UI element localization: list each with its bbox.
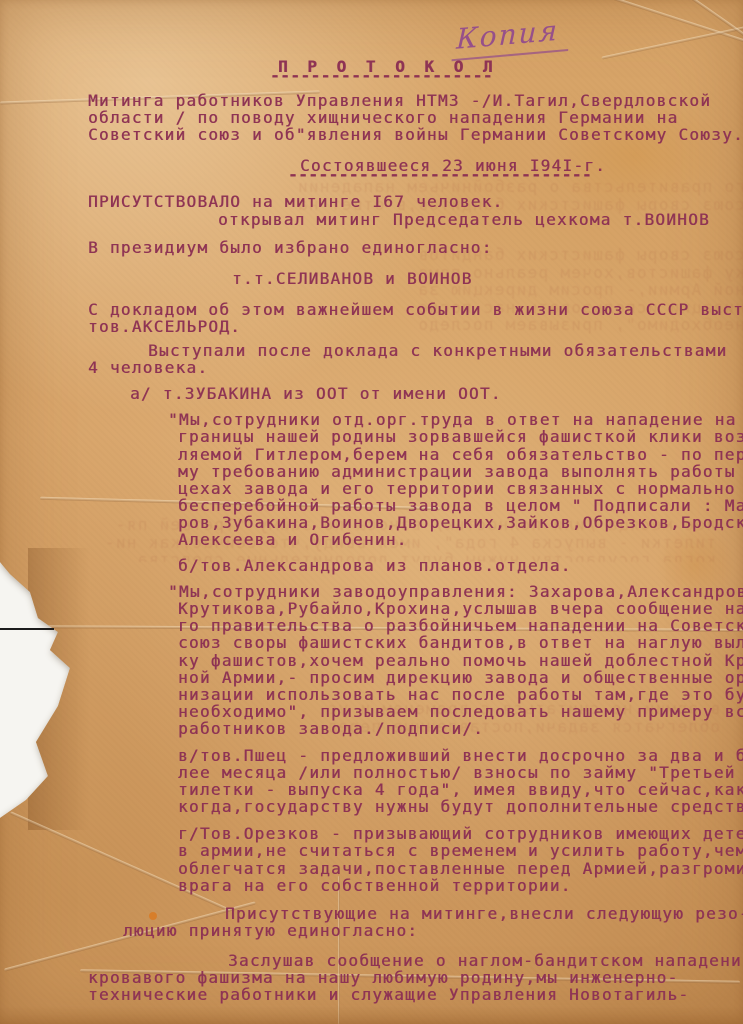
- typed-line: работников завода./подписи/.: [0, 720, 743, 737]
- crease: [564, 0, 743, 46]
- typed-line: а/ т.ЗУБАКИНА из ООТ от имени ООТ.: [0, 385, 743, 402]
- scan-line-artifact: [0, 628, 54, 630]
- typed-line: 4 человека.: [0, 359, 743, 376]
- typed-line: Выступали после доклада с конкретными об…: [0, 342, 743, 359]
- typed-line: "Мы,сотрудники отд.орг.труда в ответ на …: [0, 411, 743, 428]
- typed-line: го правительства о разбойничьем нападени…: [0, 617, 743, 634]
- typed-line: люцию принятую единогласно:: [0, 922, 743, 939]
- typed-underline: ----------------------: [0, 72, 743, 80]
- crease: [601, 23, 743, 59]
- typed-line: границы нашей родины зорвавшейся фашистк…: [0, 428, 743, 445]
- typed-line: кровавого фашизма на нашу любимую родину…: [0, 969, 743, 986]
- typed-line: союз своры фашистских бандитов,в ответ н…: [0, 634, 743, 651]
- handwritten-copy-note: Копия: [452, 13, 570, 61]
- typed-line: ров,Зубакина,Воинов,Дворецких,Зайков,Обр…: [0, 514, 743, 531]
- typed-line: Крутикова,Рубайло,Крохина,услышав вчера …: [0, 600, 743, 617]
- typed-line: технические работники и служащие Управле…: [0, 986, 743, 1003]
- typed-line: ной Армии,- просим дирекцию завода и общ…: [0, 669, 743, 686]
- typed-line: Митинга работников Управления НТМЗ -/И.Т…: [0, 92, 743, 109]
- typed-line: в/тов.Пшец - предложивший внести досрочн…: [0, 747, 743, 764]
- typed-line: когда,государству нужны будут дополнител…: [0, 798, 743, 815]
- paper-stain: [0, 1006, 743, 1024]
- typed-line: ляемой Гитлером,берем на себя обязательс…: [0, 446, 743, 463]
- typed-line: б/тов.Александрова из планов.отдела.: [0, 557, 743, 574]
- typed-line: му требованию администрации завода выпол…: [0, 463, 743, 480]
- typed-line: открывал митинг Председатель цехкома т.В…: [0, 211, 743, 228]
- typed-line: ку фашистов,хочем реально помочь нашей д…: [0, 652, 743, 669]
- typed-line: врага на его собственной территории.: [0, 877, 743, 894]
- typed-line: "Мы,сотрудники заводоуправления: Захаров…: [0, 583, 743, 600]
- typed-line: лее месяца /или полностью/ взносы по зай…: [0, 764, 743, 781]
- typed-line: необходимо", призываем последовать нашем…: [0, 703, 743, 720]
- typed-line: области / по поводу хищнического нападен…: [0, 109, 743, 126]
- typed-line: т.т.СЕЛИВАНОВ и ВОИНОВ: [0, 270, 743, 287]
- typed-line: Заслушав сообщение о наглом-бандитском н…: [0, 952, 743, 969]
- typed-line: В президиум было избрано единогласно:: [0, 239, 743, 256]
- typed-line: низации использовать нас после работы та…: [0, 686, 743, 703]
- typed-line: цехах завода и его территории связанных …: [0, 480, 743, 497]
- typed-underline: ------------------------------: [0, 171, 743, 179]
- typed-line: тилетки - выпуска 4 года", имея ввиду,чт…: [0, 781, 743, 798]
- typed-line: Советский союз и об"явления войны Герман…: [0, 126, 743, 143]
- typed-line: С докладом об этом важнейшем событии в ж…: [0, 301, 743, 318]
- scanner-background: го правительства о разбойничьем нападени…: [0, 0, 743, 1024]
- typed-line: Присутствующие на митинге,внесли следующ…: [0, 905, 743, 922]
- document-paper: го правительства о разбойничьем нападени…: [0, 0, 743, 1024]
- typed-line: г/Тов.Орезков - призывающий сотрудников …: [0, 825, 743, 842]
- typed-line: Алексеева и Огибенин.: [0, 531, 743, 548]
- typed-line: тов.АКСЕЛЬРОД.: [0, 318, 743, 335]
- typed-line: ПРИСУТСТВОВАЛО на митинге I67 человек.: [0, 193, 743, 210]
- typed-line: бесперебойной работы завода в целом " По…: [0, 497, 743, 514]
- typed-line: облегчатся задачи,поставленные перед Арм…: [0, 860, 743, 877]
- typed-text-body: П Р О Т О К О Л----------------------Мит…: [0, 58, 743, 1003]
- paper-shadow-wrap: го правительства о разбойничьем нападени…: [0, 0, 743, 1024]
- typed-line: в армии,не считаться с временем и усилит…: [0, 842, 743, 859]
